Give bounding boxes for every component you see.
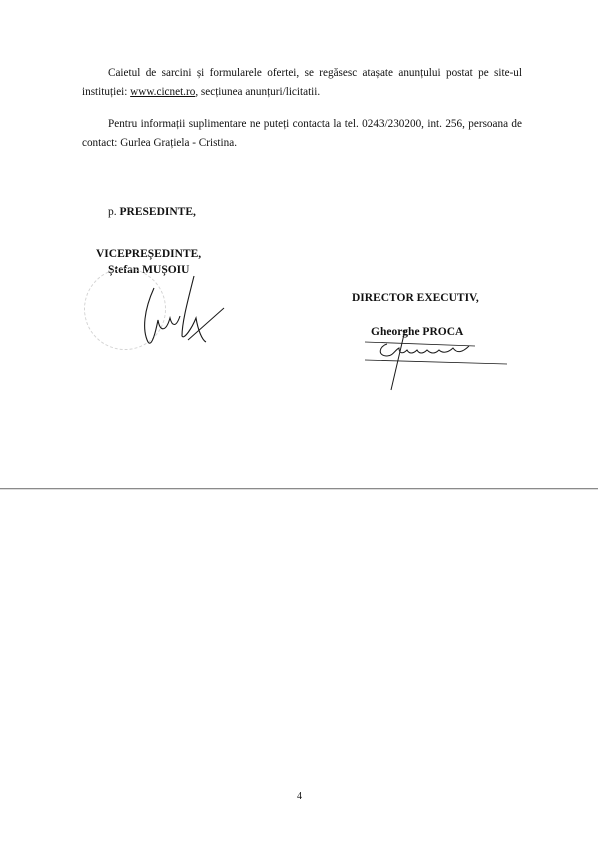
paragraph-contact: Pentru informații suplimentare ne puteți… [82, 115, 522, 153]
president-prefix: p. [108, 206, 120, 218]
paragraph-text-end: , secțiunea anunțuri/licitatii. [195, 86, 320, 98]
vicepresident-title: VICEPREȘEDINTE, [96, 248, 201, 260]
page-divider [0, 488, 598, 489]
page-number: 4 [297, 791, 302, 802]
website-link[interactable]: www.cicnet.ro [130, 86, 195, 98]
signature-left [136, 270, 226, 350]
president-label: PRESEDINTE, [120, 206, 196, 218]
document-page: Caietul de sarcini și formularele oferte… [0, 0, 600, 843]
paragraph-documents: Caietul de sarcini și formularele oferte… [82, 64, 522, 102]
director-title: DIRECTOR EXECUTIV, [352, 292, 479, 304]
president-title: p. PRESEDINTE, [108, 206, 196, 218]
signature-right [365, 330, 515, 400]
paragraph-text: Pentru informații suplimentare ne puteți… [82, 118, 522, 149]
